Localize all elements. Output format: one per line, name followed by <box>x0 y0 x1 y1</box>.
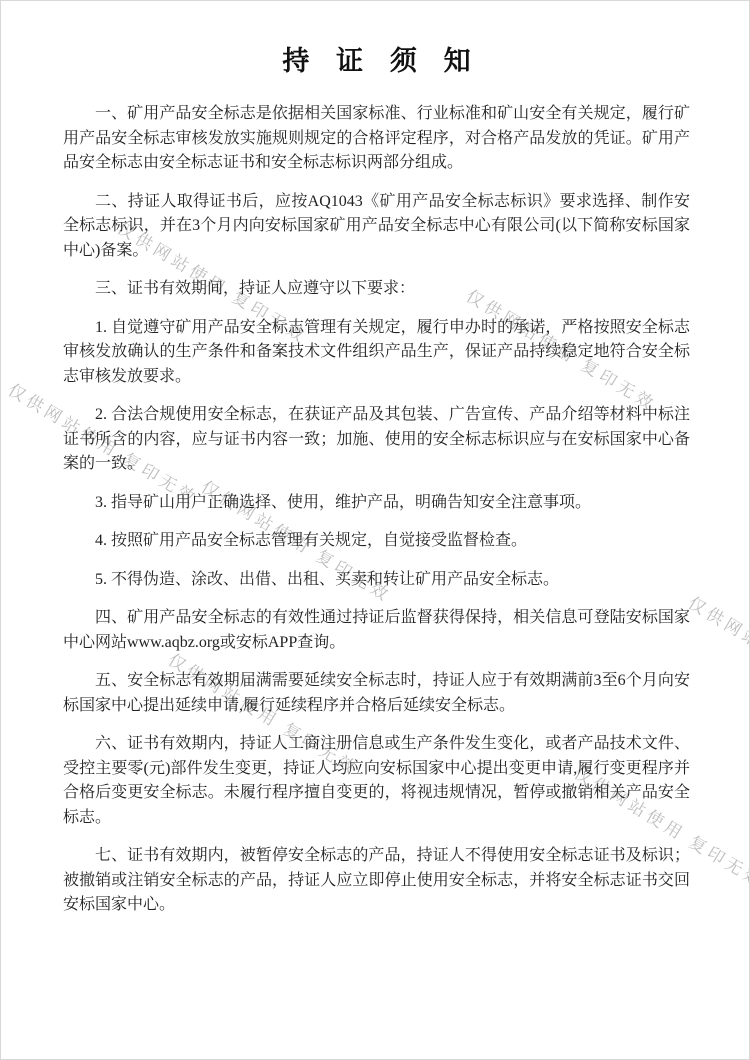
paragraph-7: 七、证书有效期内，被暂停安全标志的产品，持证人不得使用安全标志证书及标识；被撤销… <box>63 844 690 918</box>
document-page: 仅供网站使用 复印无效 仅供网站使用 复印无效 仅供网站使用 复印无效 仅供网站… <box>0 0 750 1060</box>
paragraph-2: 二、持证人取得证书后，应按AQ1043《矿用产品安全标志标识》要求选择、制作安全… <box>63 190 690 264</box>
document-body: 持 证 须 知 一、矿用产品安全标志是依据相关国家标准、行业标准和矿山安全有关规… <box>63 1 690 932</box>
paragraph-3: 三、证书有效期间，持证人应遵守以下要求： <box>63 277 690 302</box>
page-title: 持 证 须 知 <box>63 39 690 78</box>
paragraph-3-item-4: 4. 按照矿用产品安全标志管理有关规定，自觉接受监督检查。 <box>63 529 690 554</box>
paragraph-3-item-1: 1. 自觉遵守矿用产品安全标志管理有关规定，履行申办时的承诺，严格按照安全标志审… <box>63 316 690 390</box>
watermark-text: 仅供网站使用 复印无效 <box>684 589 750 723</box>
paragraph-3-item-3: 3. 指导矿山用户正确选择、使用，维护产品，明确告知安全注意事项。 <box>63 491 690 516</box>
paragraph-5: 五、安全标志有效期届满需要延续安全标志时，持证人应于有效期满前3至6个月向安标国… <box>63 669 690 718</box>
paragraph-6: 六、证书有效期内，持证人工商注册信息或生产条件发生变化，或者产品技术文件、受控主… <box>63 732 690 830</box>
paragraph-4: 四、矿用产品安全标志的有效性通过持证后监督获得保持，相关信息可登陆安标国家中心网… <box>63 606 690 655</box>
paragraph-1: 一、矿用产品安全标志是依据相关国家标准、行业标准和矿山安全有关规定，履行矿用产品… <box>63 102 690 176</box>
paragraph-3-item-5: 5. 不得伪造、涂改、出借、出租、买卖和转让矿用产品安全标志。 <box>63 568 690 593</box>
paragraph-3-item-2: 2. 合法合规使用安全标志，在获证产品及其包装、广告宣传、产品介绍等材料中标注证… <box>63 403 690 477</box>
